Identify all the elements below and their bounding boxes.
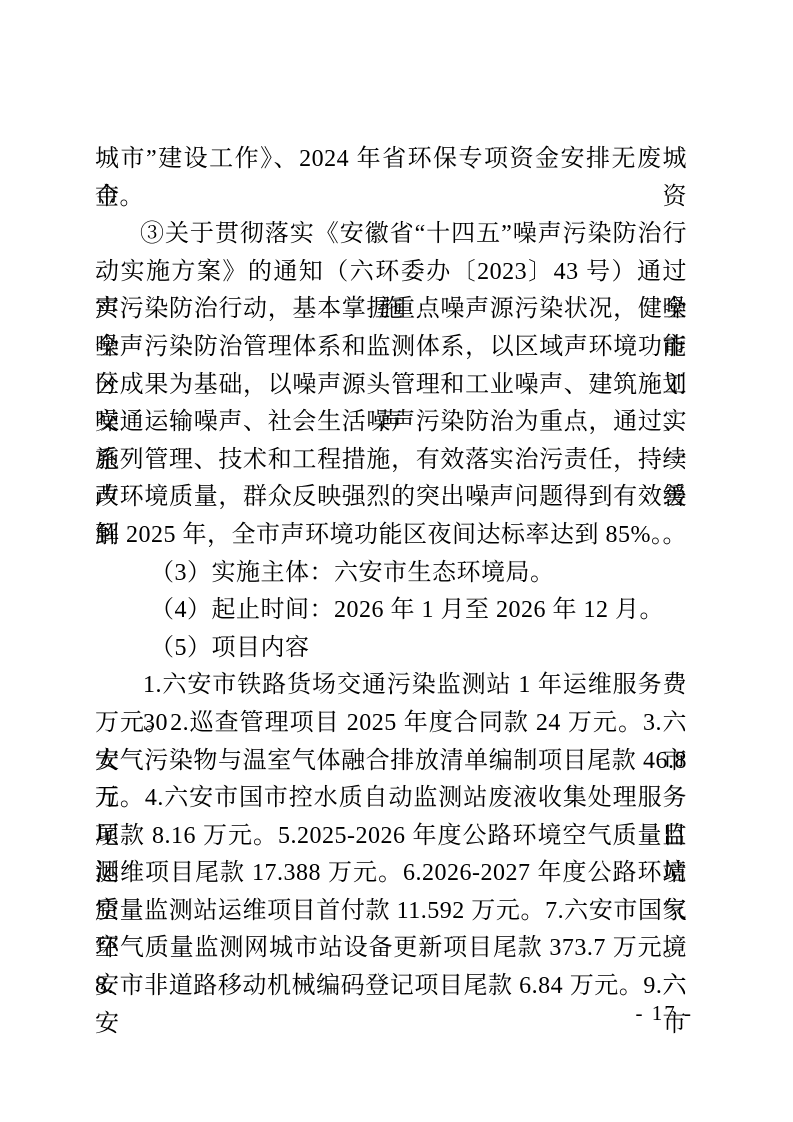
text-line: 声环境质量，群众反映强烈的突出噪声问题得到有效缓解。: [95, 479, 687, 517]
text-line: 到 2025 年，全市声环境功能区夜间达标率达到 85%。: [95, 517, 687, 555]
text-line: 万元。2.巡查管理项目 2025 年度合同款 24 万元。3.六安市: [95, 705, 687, 743]
text-line: 噪声污染防治管理体系和监测体系，以区域声环境功能区划: [95, 329, 687, 367]
text-line: 空气质量监测网城市站设备更新项目尾款 373.7 万元。8.六: [95, 930, 687, 968]
page-number: - 17 -: [636, 1000, 694, 1026]
text-line: （4）起止时间：2026 年 1 月至 2026 年 12 月。: [95, 592, 687, 630]
text-line: 系列管理、技术和工程措施，有效落实治污责任，持续改善: [95, 442, 687, 480]
text-line: 城市”建设工作》、2024 年省环保专项资金安排无废城市资: [95, 141, 687, 179]
text-line: （3）实施主体：六安市生态环境局。: [95, 555, 687, 593]
text-line: （5）项目内容: [95, 630, 687, 668]
text-line: ③关于贯彻落实《安徽省“十四五”噪声污染防治行: [95, 216, 687, 254]
text-line: 质量监测站运维项目首付款 11.592 万元。7.六安市国家环境: [95, 893, 687, 931]
text-line: 运维项目尾款 17.388 万元。6.2026-2027 年度公路环境空气: [95, 855, 687, 893]
text-line: 安市非道路移动机械编码登记项目尾款 6.84 万元。9.六安市: [95, 968, 687, 1006]
document-page: 城市”建设工作》、2024 年省环保专项资金安排无废城市资金。③关于贯彻落实《安…: [0, 0, 793, 1122]
text-line: 声污染防治行动，基本掌握重点噪声源污染状况，健全全市: [95, 291, 687, 329]
text-line: 大气污染物与温室气体融合排放清单编制项目尾款 46.8 万: [95, 743, 687, 781]
document-body: 城市”建设工作》、2024 年省环保专项资金安排无废城市资金。③关于贯彻落实《安…: [95, 141, 687, 1006]
text-line: 分成果为基础，以噪声源头管理和工业噪声、建筑施工噪声、: [95, 367, 687, 405]
text-line: 动实施方案》的通知（六环委办〔2023〕43 号）通过实施噪: [95, 254, 687, 292]
text-line: 1.六安市铁路货场交通污染监测站 1 年运维服务费 30: [95, 667, 687, 705]
text-line: 尾款 8.16 万元。5.2025-2026 年度公路环境空气质量监测站: [95, 818, 687, 856]
text-line: 交通运输噪声、社会生活噪声污染防治为重点，通过实施一: [95, 404, 687, 442]
text-line: 元。4.六安市国市控水质自动监测站废液收集处理服务项目: [95, 780, 687, 818]
